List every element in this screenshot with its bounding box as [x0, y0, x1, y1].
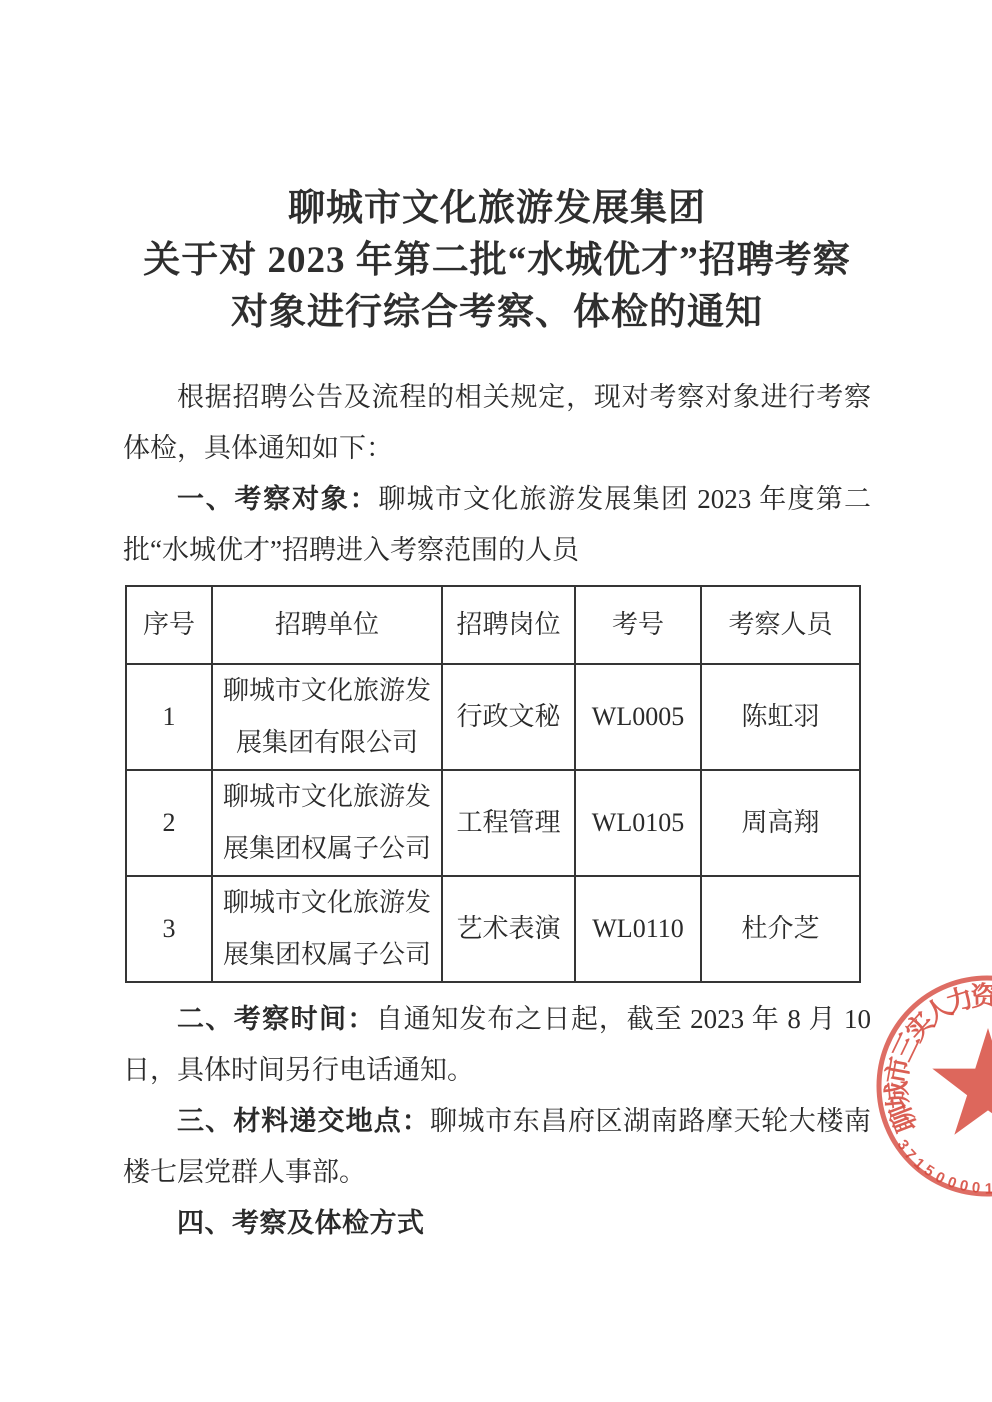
- table-header-cell: 招聘单位: [212, 586, 442, 664]
- seal-text-char: 实: [894, 1002, 941, 1048]
- seal-text-char: 7: [901, 1146, 919, 1164]
- table-header-cell: 考察人员: [701, 586, 860, 664]
- seal-text-char: 1: [911, 1155, 928, 1173]
- table-cell: 聊城市文化旅游发展集团有限公司: [212, 664, 442, 770]
- inspection-table-body: 序号招聘单位招聘岗位考号考察人员1聊城市文化旅游发展集团有限公司行政文秘WL00…: [126, 586, 860, 982]
- table-cell: 行政文秘: [442, 664, 575, 770]
- table-cell: 陈虹羽: [701, 664, 860, 770]
- notice-body: 根据招聘公告及流程的相关规定，现对考察对象进行考察体检，具体通知如下： 一、考察…: [123, 372, 871, 1249]
- seal-text-char: 1: [984, 1180, 992, 1197]
- seal-text-char: 聊: [878, 1099, 924, 1138]
- table-cell: WL0005: [575, 664, 701, 770]
- seal-text-char: 市: [875, 1053, 918, 1086]
- table-row: 2聊城市文化旅游发展集团权属子公司工程管理WL0105周高翔: [126, 770, 860, 876]
- table-cell: WL0110: [575, 876, 701, 982]
- table-header-cell: 招聘岗位: [442, 586, 575, 664]
- seal-text-char: 人: [915, 985, 959, 1032]
- notice-content: 聊城市文化旅游发展集团 关于对 2023 年第二批“水城优才”招聘考察 对象进行…: [123, 183, 871, 1249]
- notice-title-line: 聊城市文化旅游发展集团: [123, 183, 871, 235]
- seal-text-char: 3: [893, 1137, 912, 1154]
- section-material-location: 三、材料递交地点：聊城市东昌府区湖南路摩天轮大楼南楼七层党群人事部。: [123, 1096, 871, 1198]
- notice-page: 聊城市文化旅游发展集团 关于对 2023 年第二批“水城优才”招聘考察 对象进行…: [0, 0, 992, 1402]
- section-label: 四、考察及体检方式: [177, 1208, 425, 1238]
- seal-text-char: 资: [970, 974, 992, 1014]
- table-cell: 聊城市文化旅游发展集团权属子公司: [212, 876, 442, 982]
- seal-ring: [867, 966, 992, 1206]
- table-cell: 工程管理: [442, 770, 575, 876]
- section-inspection-targets: 一、考察对象：聊城市文化旅游发展集团 2023 年度第二批“水城优才”招聘进入考…: [123, 474, 871, 576]
- inspection-table: 序号招聘单位招聘岗位考号考察人员1聊城市文化旅游发展集团有限公司行政文秘WL00…: [125, 585, 861, 983]
- table-cell: 3: [126, 876, 212, 982]
- table-cell: 周高翔: [701, 770, 860, 876]
- table-cell: 聊城市文化旅游发展集团权属子公司: [212, 770, 442, 876]
- table-row: 3聊城市文化旅游发展集团权属子公司艺术表演WL0110杜介芝: [126, 876, 860, 982]
- section-inspection-method: 四、考察及体检方式: [123, 1198, 871, 1249]
- seal-text-char: 城: [875, 1079, 916, 1110]
- seal-text-char: 0: [958, 1177, 970, 1195]
- table-row: 1聊城市文化旅游发展集团有限公司行政文秘WL0005陈虹羽: [126, 664, 860, 770]
- notice-title-line: 对象进行综合考察、体检的通知: [123, 287, 871, 339]
- notice-title: 聊城市文化旅游发展集团 关于对 2023 年第二批“水城优才”招聘考察 对象进行…: [123, 183, 871, 339]
- seal-text-char: 0: [945, 1173, 959, 1192]
- section-label: 二、考察时间：: [177, 1004, 376, 1034]
- table-cell: WL0105: [575, 770, 701, 876]
- section-inspection-time: 二、考察时间：自通知发布之日起，截至 2023 年 8 月 10 日，具体时间另…: [123, 994, 871, 1096]
- section-label: 一、考察对象：: [177, 484, 378, 514]
- official-seal: 聊城市三实人力资371500001: [867, 966, 992, 1206]
- star-icon: [930, 1028, 992, 1144]
- notice-title-line: 关于对 2023 年第二批“水城优才”招聘考察: [123, 235, 871, 287]
- table-cell: 2: [126, 770, 212, 876]
- seal-text-char: 5: [921, 1162, 937, 1181]
- table-cell: 1: [126, 664, 212, 770]
- intro-paragraph: 根据招聘公告及流程的相关规定，现对考察对象进行考察体检，具体通知如下：: [123, 372, 871, 474]
- seal-text-char: 0: [971, 1180, 981, 1198]
- table-header-cell: 考号: [575, 586, 701, 664]
- seal-text-char: 0: [933, 1168, 948, 1187]
- table-header-row: 序号招聘单位招聘岗位考号考察人员: [126, 586, 860, 664]
- table-cell: 杜介芝: [701, 876, 860, 982]
- seal-text-char: 力: [941, 976, 978, 1021]
- table-header-cell: 序号: [126, 586, 212, 664]
- seal-text-char: 三: [881, 1025, 928, 1066]
- table-cell: 艺术表演: [442, 876, 575, 982]
- section-label: 三、材料递交地点：: [177, 1106, 430, 1136]
